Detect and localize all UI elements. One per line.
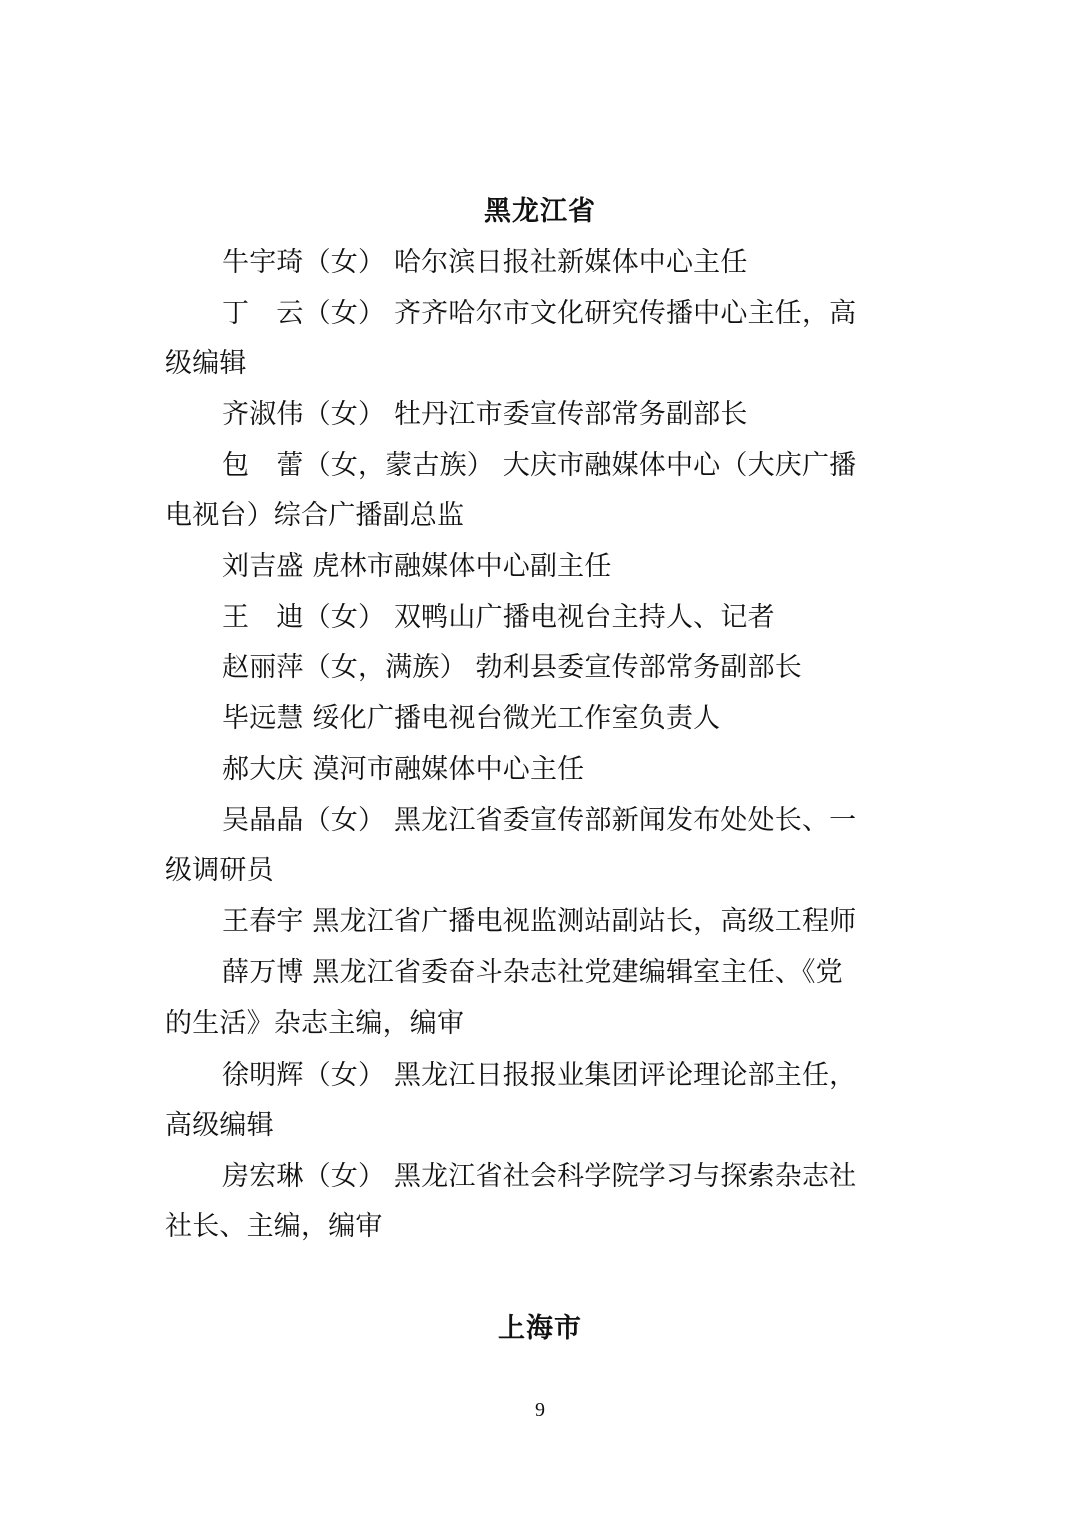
list-item-continuation: 级调研员: [165, 854, 917, 888]
document-page: 黑龙江省 牛宇琦（女） 哈尔滨日报社新媒体中心主任 丁 云（女） 齐齐哈尔市文化…: [0, 0, 1080, 1526]
list-item-continuation: 的生活》杂志主编，编审: [165, 1007, 917, 1041]
list-item: 牛宇琦（女） 哈尔滨日报社新媒体中心主任: [222, 246, 917, 280]
list-item: 毕远慧 绥化广播电视台微光工作室负责人: [222, 702, 917, 736]
list-item: 吴晶晶（女） 黑龙江省委宣传部新闻发布处处长、一: [222, 804, 917, 838]
list-item: 薛万博 黑龙江省委奋斗杂志社党建编辑室主任、《党: [222, 956, 917, 990]
list-item: 包 蕾（女，蒙古族） 大庆市融媒体中心（大庆广播: [222, 449, 917, 483]
section-title-heilongjiang: 黑龙江省: [0, 195, 1080, 229]
list-item: 刘吉盛 虎林市融媒体中心副主任: [222, 550, 917, 584]
list-item: 徐明辉（女） 黑龙江日报报业集团评论理论部主任，: [222, 1059, 917, 1093]
page-number: 9: [0, 1398, 1080, 1422]
list-item: 郝大庆 漠河市融媒体中心主任: [222, 753, 917, 787]
list-item: 赵丽萍（女，满族） 勃利县委宣传部常务副部长: [222, 651, 917, 685]
list-item: 王 迪（女） 双鸭山广播电视台主持人、记者: [222, 601, 917, 635]
list-item-continuation: 社长、主编，编审: [165, 1210, 917, 1244]
list-item: 王春宇 黑龙江省广播电视监测站副站长，高级工程师: [222, 905, 917, 939]
list-item-continuation: 级编辑: [165, 347, 917, 381]
list-item: 丁 云（女） 齐齐哈尔市文化研究传播中心主任，高: [222, 297, 917, 331]
list-item: 房宏琳（女） 黑龙江省社会科学院学习与探索杂志社: [222, 1160, 917, 1194]
list-item-continuation: 电视台）综合广播副总监: [165, 499, 917, 533]
section-title-shanghai: 上海市: [0, 1312, 1080, 1346]
list-item-continuation: 高级编辑: [165, 1109, 917, 1143]
list-item: 齐淑伟（女） 牡丹江市委宣传部常务副部长: [222, 398, 917, 432]
